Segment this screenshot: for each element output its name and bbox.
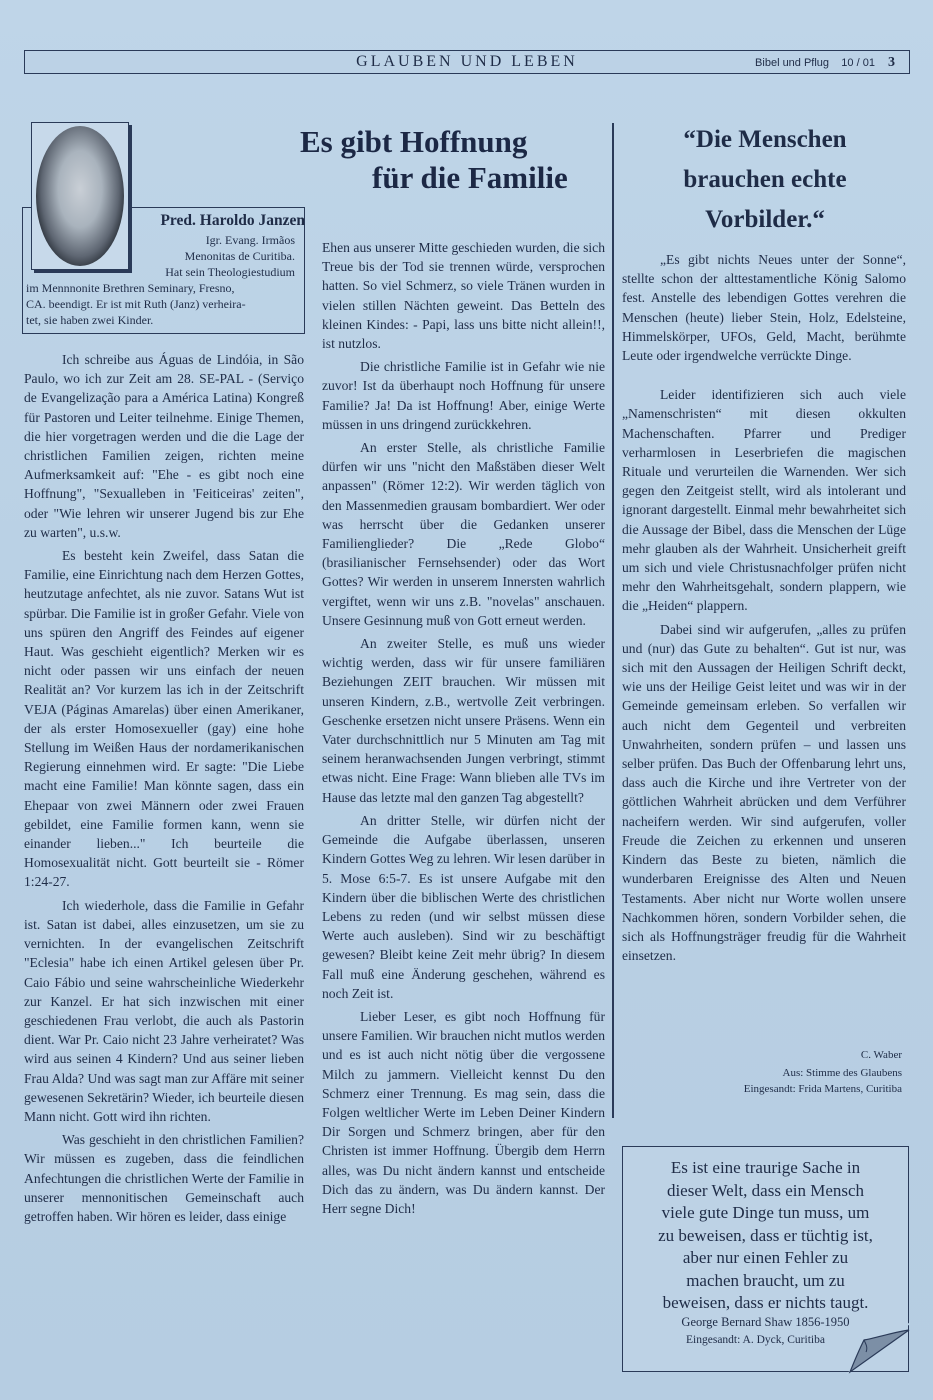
publication-name: Bibel und Pflug (755, 57, 829, 69)
quote-text: Es ist eine traurige Sache in dieser Wel… (623, 1157, 908, 1315)
side-article-submitter: Eingesandt: Frida Martens, Curitiba (660, 1083, 902, 1095)
paragraph: Ich wiederhole, dass die Familie in Gefa… (24, 896, 304, 1126)
author-bio-line: CA. beendigt. Er ist mit Ruth (Janz) ver… (26, 296, 295, 313)
article-column-1: Ich schreibe aus Águas de Lindóia, in Sã… (24, 350, 304, 1230)
paragraph: An dritter Stelle, wir dürfen nicht der … (322, 811, 605, 1003)
page-curl-icon (846, 1322, 910, 1374)
paragraph: Es besteht kein Zweifel, dass Satan die … (24, 546, 304, 892)
paragraph: Lieber Leser, es gibt noch Hoffnung für … (322, 1007, 605, 1218)
article-column-2: Ehen aus unserer Mitte geschieden wurden… (322, 238, 605, 1222)
article-headline-line1: Es gibt Hoffnung (300, 124, 527, 160)
paragraph: An erster Stelle, als christliche Famili… (322, 438, 605, 630)
newspaper-page: GLAUBEN UND LEBEN Bibel und Pflug 10 / 0… (0, 0, 933, 1400)
author-bio-line: tet, sie haben zwei Kinder. (26, 312, 295, 329)
paragraph: Dabei sind wir aufgerufen, „alles zu prü… (622, 620, 906, 966)
paragraph: Leider identifizieren sich auch viele „N… (622, 385, 906, 615)
author-bio-line: Menonitas de Curitiba. (140, 248, 295, 265)
side-article-body: „Es gibt nichts Neues unter der Sonne“, … (622, 250, 906, 969)
author-bio-line: Hat sein Theologiestudium (130, 264, 295, 281)
article-headline-line2: für die Familie (372, 160, 568, 196)
author-photo-frame (31, 122, 129, 270)
section-header-bar: GLAUBEN UND LEBEN Bibel und Pflug 10 / 0… (24, 50, 910, 74)
issue-info: Bibel und Pflug 10 / 01 3 (755, 55, 895, 71)
side-article-source: Aus: Stimme des Glaubens (660, 1067, 902, 1079)
author-bio-line: Igr. Evang. Irmãos (140, 232, 295, 249)
issue-number: 10 / 01 (841, 57, 875, 69)
page-number: 3 (888, 55, 895, 70)
paragraph: „Es gibt nichts Neues unter der Sonne“, … (622, 250, 906, 365)
author-name: Pred. Haroldo Janzen (140, 212, 305, 230)
author-bio-line: im Mennnonite Brethren Seminary, Fresno, (26, 280, 295, 297)
paragraph: Ehen aus unserer Mitte geschieden wurden… (322, 238, 605, 353)
paragraph: Ich schreibe aus Águas de Lindóia, in Sã… (24, 350, 304, 542)
side-article-author: C. Waber (780, 1049, 902, 1061)
column-divider (612, 123, 614, 1118)
paragraph: An zweiter Stelle, es muß uns wieder wic… (322, 634, 605, 807)
side-article-headline: “Die Menschen brauchen echte Vorbilder.“ (615, 120, 915, 240)
author-portrait-photo (36, 126, 124, 266)
paragraph: Die christliche Familie ist in Gefahr wi… (322, 357, 605, 434)
paragraph: Was geschieht in den christlichen Famili… (24, 1130, 304, 1226)
